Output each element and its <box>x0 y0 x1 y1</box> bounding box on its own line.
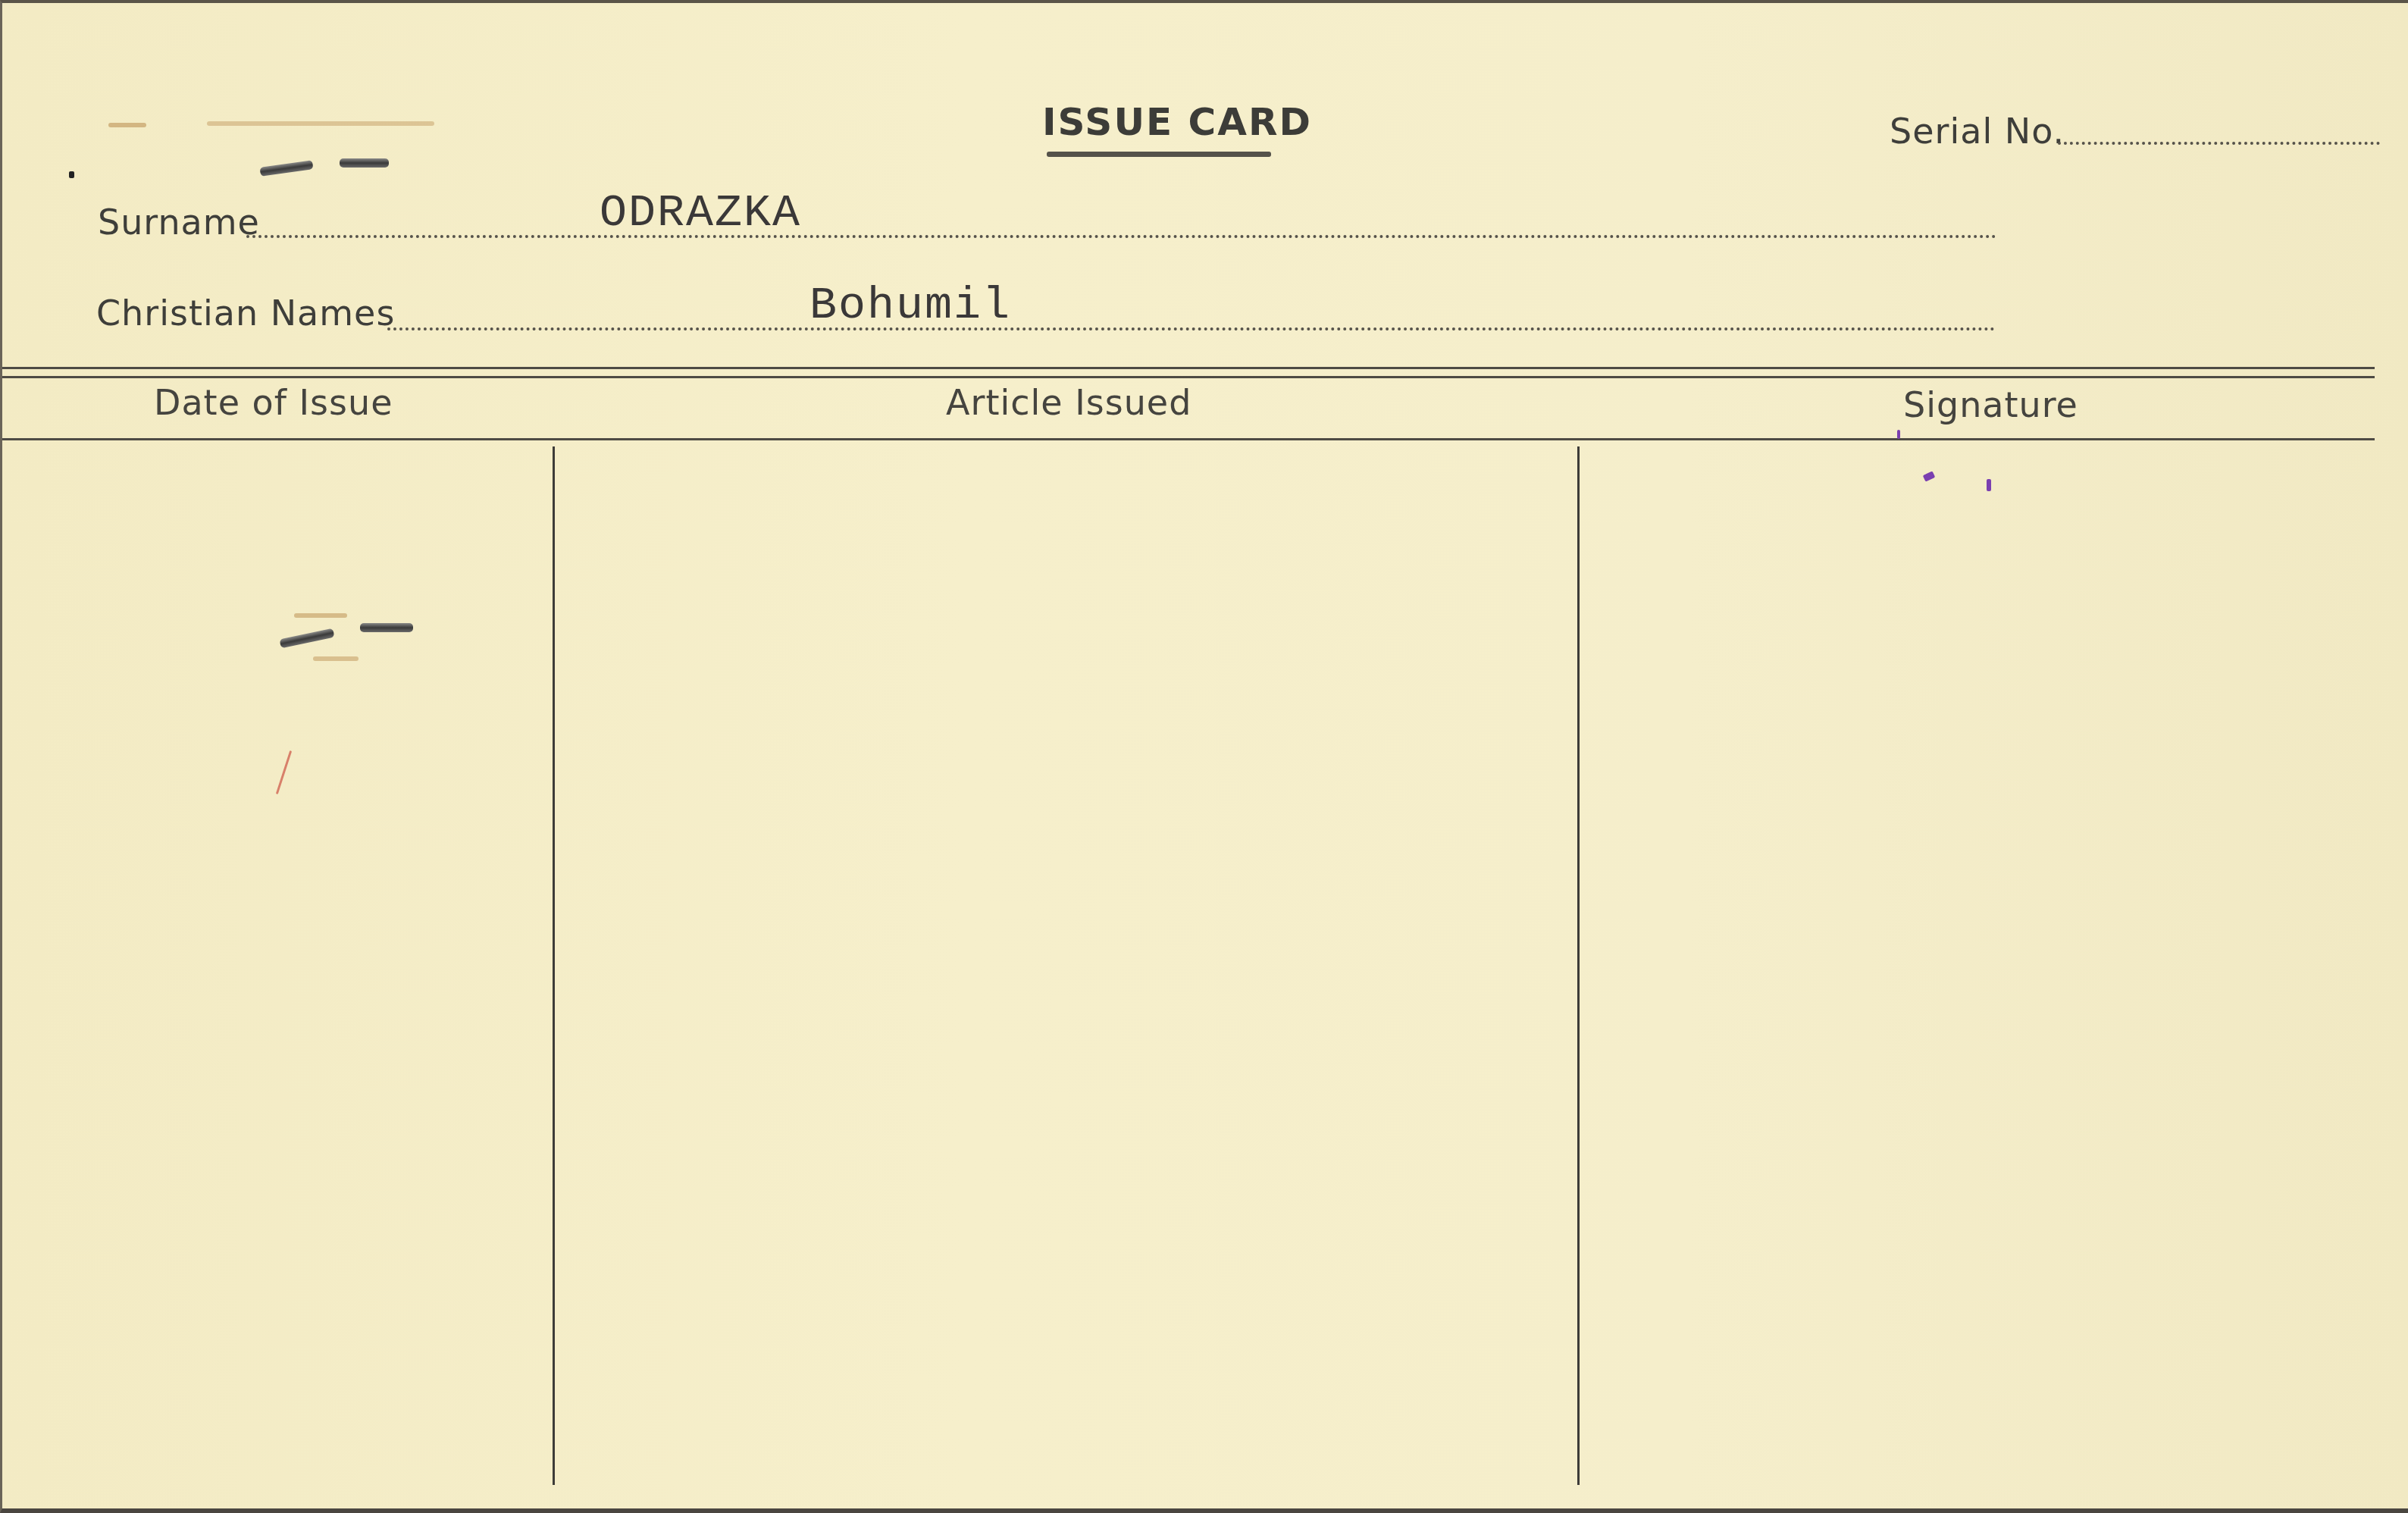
signature-cell[interactable] <box>1580 446 2376 1485</box>
column-header-date-of-issue: Date of Issue <box>154 382 393 423</box>
issue-card: ISSUE CARD Serial No. Surname ODRAZKA Ch… <box>0 0 2408 1513</box>
rust-stain <box>313 656 359 661</box>
header-bottom-rule <box>2 438 2375 440</box>
article-issued-cell[interactable] <box>556 446 1576 1485</box>
christian-names-value[interactable]: Bohumil <box>809 280 1011 332</box>
stamp-ink-mark <box>1897 430 1900 439</box>
staple-mark <box>340 158 389 168</box>
column-divider-2 <box>1577 446 1580 1485</box>
card-title: ISSUE CARD <box>1042 100 1312 144</box>
rust-stain <box>207 121 434 126</box>
stamp-ink-mark <box>1987 479 1991 491</box>
rust-stain <box>294 613 347 618</box>
surname-value[interactable]: ODRAZKA <box>600 188 801 240</box>
surname-label: Surname <box>98 202 260 243</box>
staple-mark <box>260 160 314 177</box>
staple-mark <box>360 623 413 632</box>
header-top-rule-2 <box>2 376 2375 378</box>
column-header-article-issued: Article Issued <box>946 382 1191 423</box>
column-header-signature: Signature <box>1903 384 2078 425</box>
christian-names-label: Christian Names <box>96 293 395 334</box>
surname-field-line <box>246 235 1997 238</box>
date-of-issue-cell[interactable] <box>2 446 551 1485</box>
rust-stain <box>108 123 146 127</box>
column-divider-1 <box>553 446 555 1485</box>
serial-no-field[interactable] <box>2058 142 2380 145</box>
christian-names-field-line <box>387 327 1996 330</box>
serial-no-label: Serial No. <box>1890 111 2065 152</box>
title-underline <box>1047 152 1271 157</box>
header-top-rule <box>2 367 2375 369</box>
ink-dot <box>69 171 74 178</box>
